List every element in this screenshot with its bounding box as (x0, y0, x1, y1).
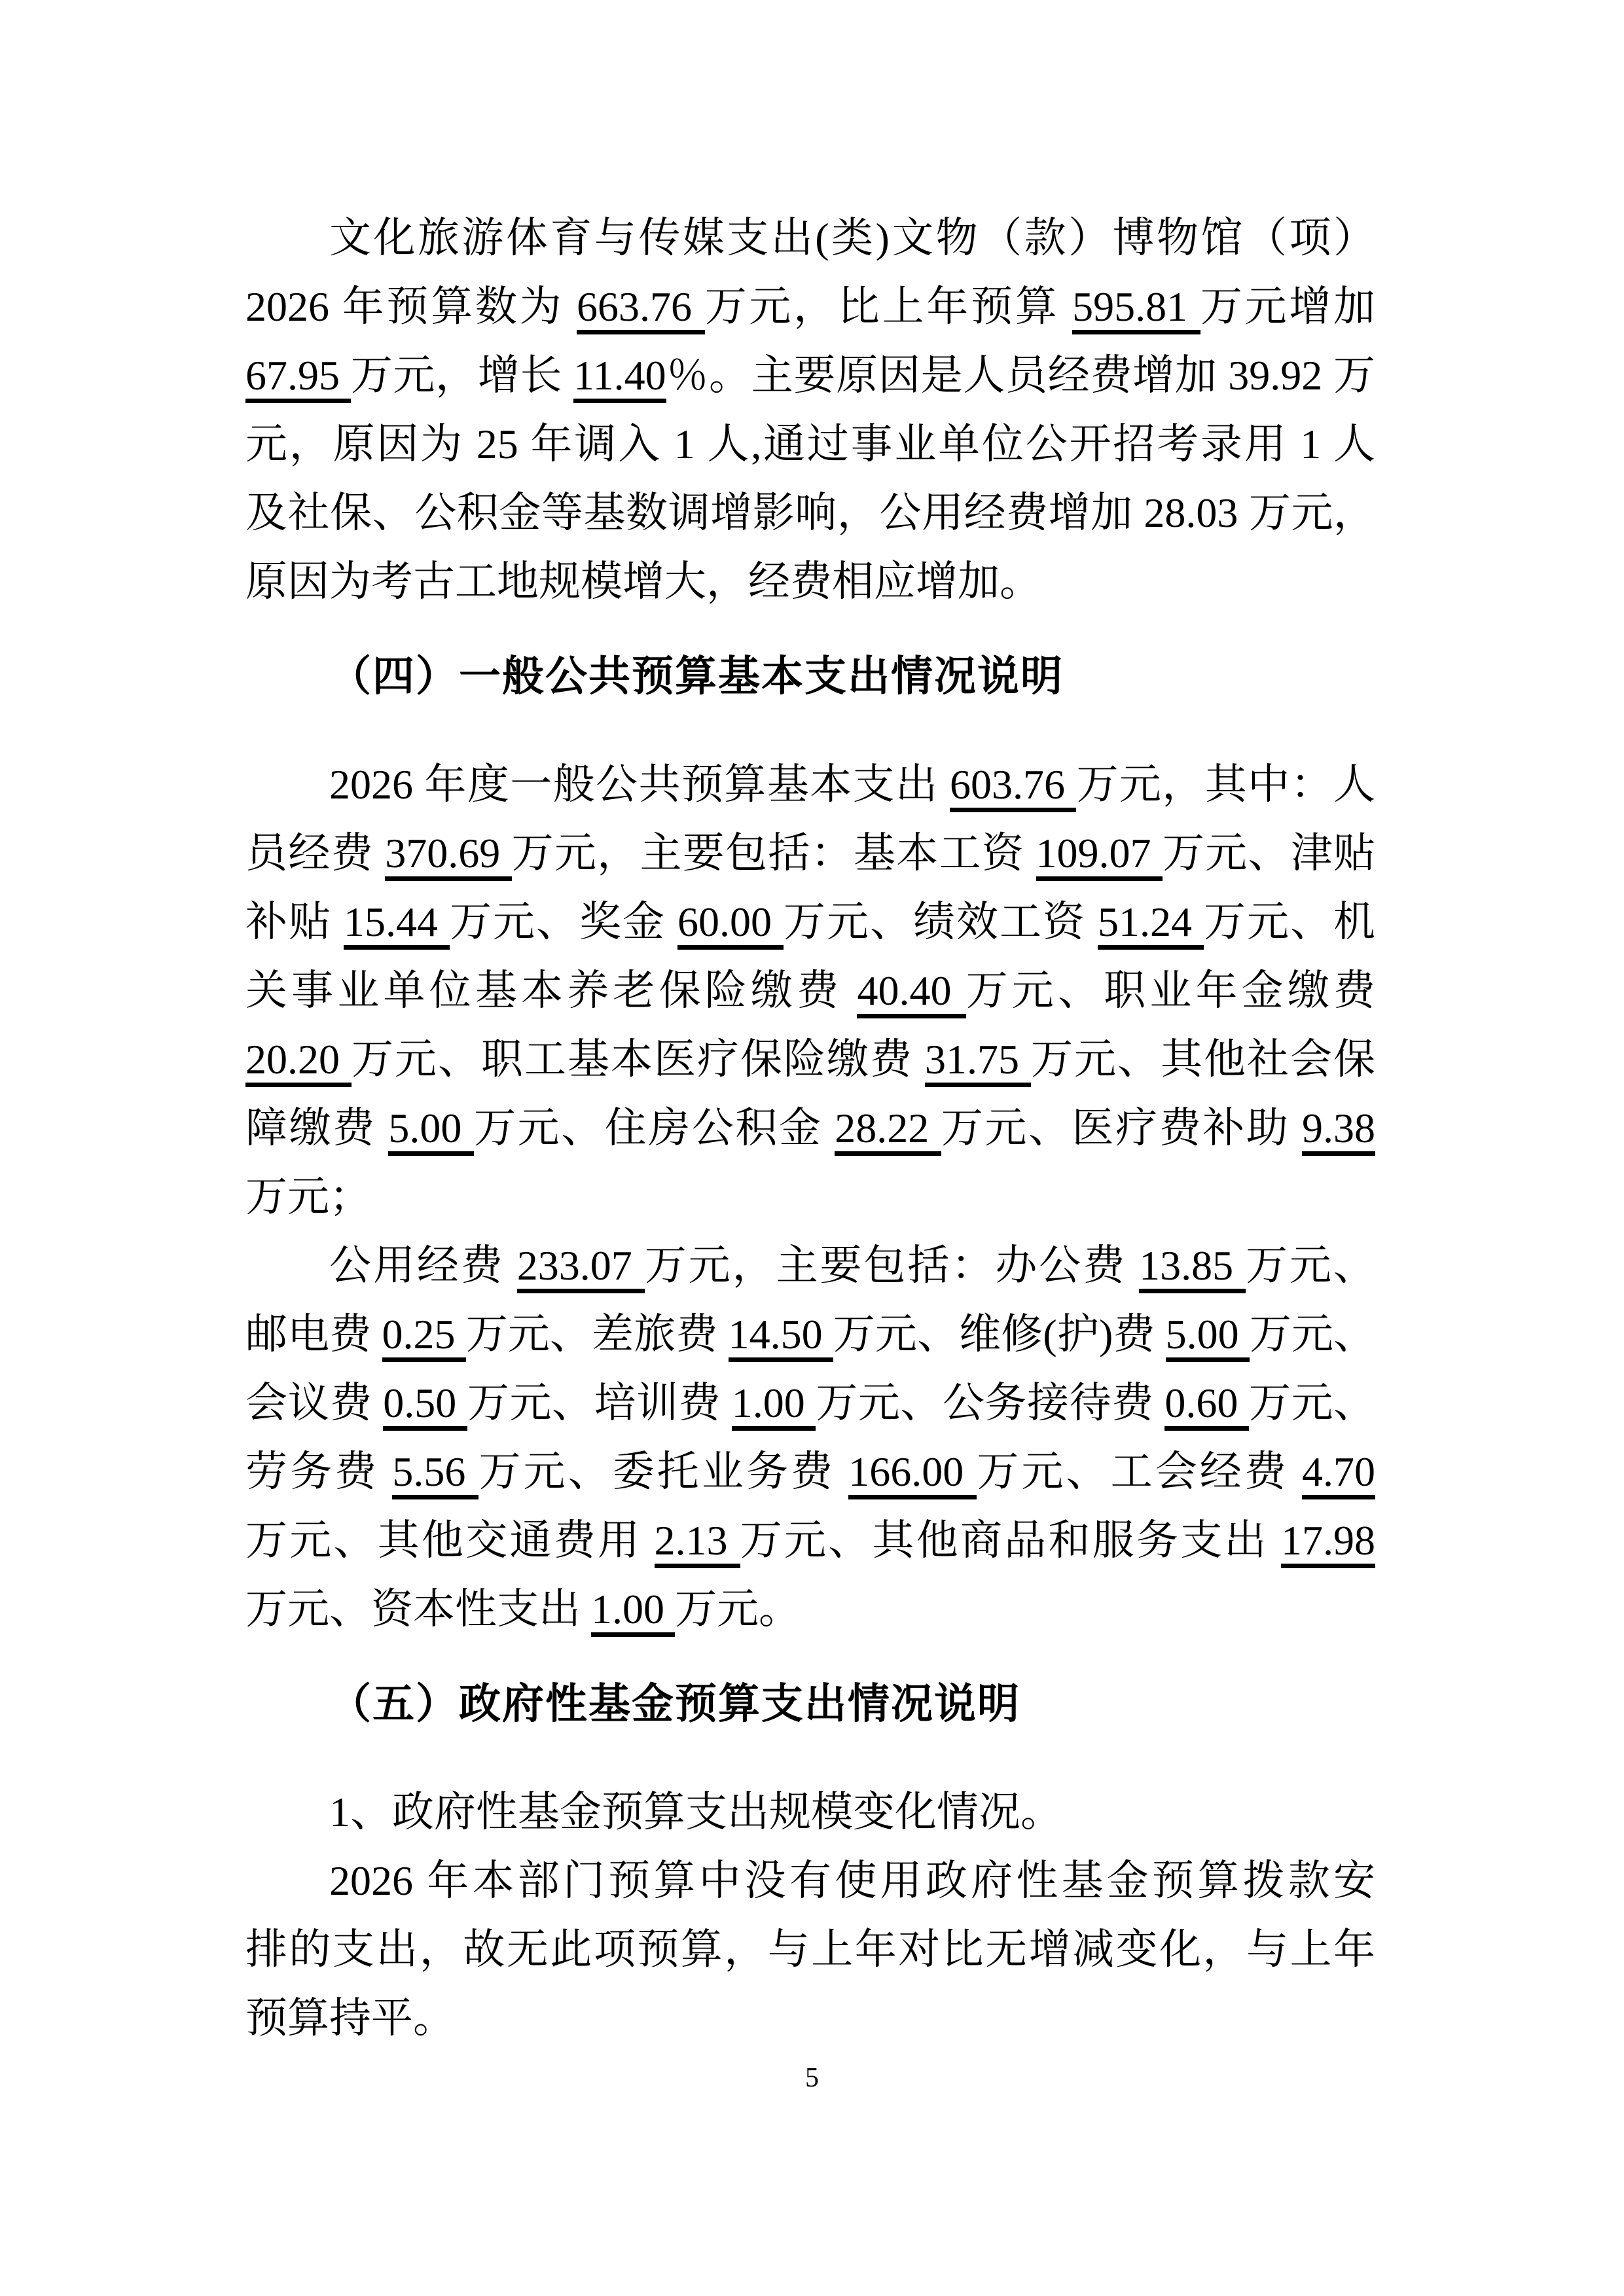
text-line: 元，原因为 25 年调入 1 人,通过事业单位公开招考录用 1 人 (245, 410, 1375, 478)
text-segment: 万元、津贴 (1163, 830, 1375, 876)
text-segment: 2026 年本部门预算中没有使用政府性基金预算拨款安 (329, 1857, 1375, 1904)
text-segment: 关事业单位基本养老保险缴费 (245, 967, 857, 1014)
text-line: 员经费 370.69 万元，主要包括：基本工资 109.07 万元、津贴 (245, 819, 1375, 888)
paragraph: 2026 年度一般公共预算基本支出 603.76 万元，其中：人员经费 370.… (245, 750, 1375, 1231)
underlined-value: 4.70 (1302, 1448, 1375, 1499)
text-segment: 万元，主要包括：基本工资 (512, 830, 1036, 876)
underlined-value: 5.00 (388, 1105, 474, 1156)
document-body: 文化旅游体育与传媒支出(类)文物（款）博物馆（项）2026 年预算数为 663.… (245, 204, 1375, 2053)
text-segment: 邮电费 (245, 1311, 382, 1357)
text-segment: 万元、 (1249, 1380, 1375, 1426)
underlined-value: 0.25 (382, 1311, 466, 1362)
text-segment: 障缴费 (245, 1105, 388, 1151)
text-segment: 万元、公务接待费 (816, 1380, 1164, 1426)
text-segment: 万元、工会经费 (977, 1448, 1302, 1495)
text-segment: 万元； (245, 1174, 371, 1220)
text-line: 2026 年本部门预算中没有使用政府性基金预算拨款安 (245, 1846, 1375, 1915)
underlined-value: 28.22 (835, 1105, 941, 1156)
text-segment: 补贴 (245, 899, 344, 945)
text-segment: 万元、委托业务费 (478, 1448, 848, 1495)
text-line: 文化旅游体育与传媒支出(类)文物（款）博物馆（项） (245, 204, 1375, 272)
text-line: 预算持平。 (245, 1984, 1375, 2053)
underlined-value: 2.13 (655, 1517, 740, 1568)
text-segment: 万元、机 (1204, 899, 1375, 945)
underlined-value: 233.07 (517, 1242, 645, 1293)
text-segment: 万元、 (1246, 1242, 1375, 1289)
text-line: 万元、其他交通费用 2.13 万元、其他商品和服务支出 17.98 (245, 1506, 1375, 1575)
text-segment: 劳务费 (245, 1448, 392, 1495)
paragraph: 公用经费 233.07 万元，主要包括：办公费 13.85 万元、邮电费 0.2… (245, 1231, 1375, 1643)
text-segment: 万元、医疗费补助 (941, 1105, 1302, 1151)
page-number: 5 (805, 2063, 819, 2093)
underlined-value: 1.00 (591, 1586, 675, 1637)
text-line: 万元； (245, 1162, 1375, 1231)
section-heading: （四）一般公共预算基本支出情况说明 (245, 642, 1375, 711)
text-segment: 万元，其中：人 (1076, 761, 1375, 808)
text-segment: 万元、住房公积金 (474, 1105, 835, 1151)
text-line: 2026 年度一般公共预算基本支出 603.76 万元，其中：人 (245, 750, 1375, 819)
paragraph: 文化旅游体育与传媒支出(类)文物（款）博物馆（项）2026 年预算数为 663.… (245, 204, 1375, 616)
text-segment: 员经费 (245, 830, 385, 876)
text-line: 及社保、公积金等基数调增影响，公用经费增加 28.03 万元， (245, 478, 1375, 547)
text-line: 20.20 万元、职工基本医疗保险缴费 31.75 万元、其他社会保 (245, 1025, 1375, 1094)
text-line: 2026 年预算数为 663.76 万元，比上年预算 595.81 万元增加 (245, 272, 1375, 341)
underlined-value: 51.24 (1098, 899, 1204, 950)
underlined-value: 60.00 (677, 899, 784, 950)
text-segment: 文化旅游体育与传媒支出(类)文物（款）博物馆（项） (329, 215, 1375, 261)
section-heading: （五）政府性基金预算支出情况说明 (245, 1670, 1375, 1738)
text-segment: 万元、资本性支出 (245, 1586, 591, 1632)
text-line: 67.95 万元，增长 11.40％。主要原因是人员经费增加 39.92 万 (245, 341, 1375, 410)
text-line: 排的支出，故无此项预算，与上年对比无增减变化，与上年 (245, 1915, 1375, 1984)
text-segment: 万元、其他社会保 (1031, 1036, 1375, 1083)
text-segment: 元，原因为 25 年调入 1 人,通过事业单位公开招考录用 1 人 (245, 421, 1375, 467)
text-segment: 万元、维修(护)费 (833, 1311, 1166, 1357)
text-segment: 2026 年预算数为 (245, 283, 577, 330)
underlined-value: 14.50 (729, 1311, 833, 1362)
underlined-value: 11.40 (573, 352, 666, 403)
text-segment: 及社保、公积金等基数调增影响，公用经费增加 28.03 万元， (245, 490, 1375, 536)
underlined-value: 17.98 (1281, 1517, 1375, 1568)
text-segment: 万元。 (675, 1586, 801, 1632)
underlined-value: 31.75 (925, 1036, 1031, 1087)
text-segment: 原因为考古工地规模增大，经费相应增加。 (245, 558, 1041, 605)
underlined-value: 40.40 (857, 967, 965, 1018)
underlined-value: 13.85 (1139, 1242, 1246, 1293)
text-segment: 万元、奖金 (450, 899, 677, 945)
paragraph: 2026 年本部门预算中没有使用政府性基金预算拨款安排的支出，故无此项预算，与上… (245, 1846, 1375, 2053)
underlined-value: 109.07 (1036, 830, 1163, 881)
text-segment: 万元，增长 (351, 352, 573, 399)
underlined-value: 1.00 (732, 1380, 816, 1431)
text-line: 万元、资本性支出 1.00 万元。 (245, 1575, 1375, 1643)
text-segment: 万元，主要包括：办公费 (645, 1242, 1139, 1289)
text-segment: 万元、其他交通费用 (245, 1517, 655, 1564)
text-segment: （五）政府性基金预算支出情况说明 (329, 1680, 1020, 1727)
text-segment: 万元、职业年金缴费 (966, 967, 1375, 1014)
text-segment: 万元、差旅费 (466, 1311, 729, 1357)
text-segment: ％。主要原因是人员经费增加 39.92 万 (666, 352, 1375, 399)
underlined-value: 5.00 (1166, 1311, 1250, 1362)
underlined-value: 15.44 (344, 899, 450, 950)
text-segment: 会议费 (245, 1380, 383, 1426)
underlined-value: 166.00 (848, 1448, 977, 1499)
text-segment: 万元、绩效工资 (784, 899, 1098, 945)
text-segment: 万元、培训费 (467, 1380, 732, 1426)
text-line: 关事业单位基本养老保险缴费 40.40 万元、职业年金缴费 (245, 956, 1375, 1025)
document-page: 文化旅游体育与传媒支出(类)文物（款）博物馆（项）2026 年预算数为 663.… (0, 0, 1624, 2296)
page-footer: 5 (0, 2058, 1624, 2098)
paragraph: 1、政府性基金预算支出规模变化情况。 (245, 1778, 1375, 1846)
text-line: 会议费 0.50 万元、培训费 1.00 万元、公务接待费 0.60 万元、 (245, 1369, 1375, 1437)
underlined-value: 0.50 (383, 1380, 467, 1431)
underlined-value: 67.95 (245, 352, 351, 403)
underlined-value: 0.60 (1164, 1380, 1249, 1431)
text-segment: 预算持平。 (245, 1995, 455, 2041)
text-segment: 万元、职工基本医疗保险缴费 (352, 1036, 925, 1083)
underlined-value: 603.76 (950, 761, 1076, 812)
text-segment: 公用经费 (329, 1242, 517, 1289)
text-segment: （四）一般公共预算基本支出情况说明 (329, 653, 1064, 700)
text-line: 补贴 15.44 万元、奖金 60.00 万元、绩效工资 51.24 万元、机 (245, 888, 1375, 956)
underlined-value: 663.76 (577, 283, 705, 334)
text-line: 障缴费 5.00 万元、住房公积金 28.22 万元、医疗费补助 9.38 (245, 1094, 1375, 1162)
text-line: （五）政府性基金预算支出情况说明 (245, 1670, 1375, 1738)
text-segment: 万元、 (1250, 1311, 1375, 1357)
underlined-value: 595.81 (1072, 283, 1200, 334)
underlined-value: 5.56 (392, 1448, 478, 1499)
text-segment: 万元、其他商品和服务支出 (740, 1517, 1281, 1564)
text-line: 公用经费 233.07 万元，主要包括：办公费 13.85 万元、 (245, 1231, 1375, 1300)
text-segment: 万元增加 (1200, 283, 1375, 330)
text-line: 1、政府性基金预算支出规模变化情况。 (245, 1778, 1375, 1846)
text-line: 劳务费 5.56 万元、委托业务费 166.00 万元、工会经费 4.70 (245, 1437, 1375, 1506)
text-segment: 万元，比上年预算 (705, 283, 1072, 330)
text-segment: 排的支出，故无此项预算，与上年对比无增减变化，与上年 (245, 1926, 1375, 1973)
text-segment: 2026 年度一般公共预算基本支出 (329, 761, 950, 808)
text-segment: 1、政府性基金预算支出规模变化情况。 (329, 1789, 1062, 1835)
text-line: 原因为考古工地规模增大，经费相应增加。 (245, 547, 1375, 616)
underlined-value: 370.69 (385, 830, 511, 881)
underlined-value: 20.20 (245, 1036, 352, 1087)
text-line: 邮电费 0.25 万元、差旅费 14.50 万元、维修(护)费 5.00 万元、 (245, 1300, 1375, 1369)
underlined-value: 9.38 (1302, 1105, 1375, 1156)
text-line: （四）一般公共预算基本支出情况说明 (245, 642, 1375, 711)
